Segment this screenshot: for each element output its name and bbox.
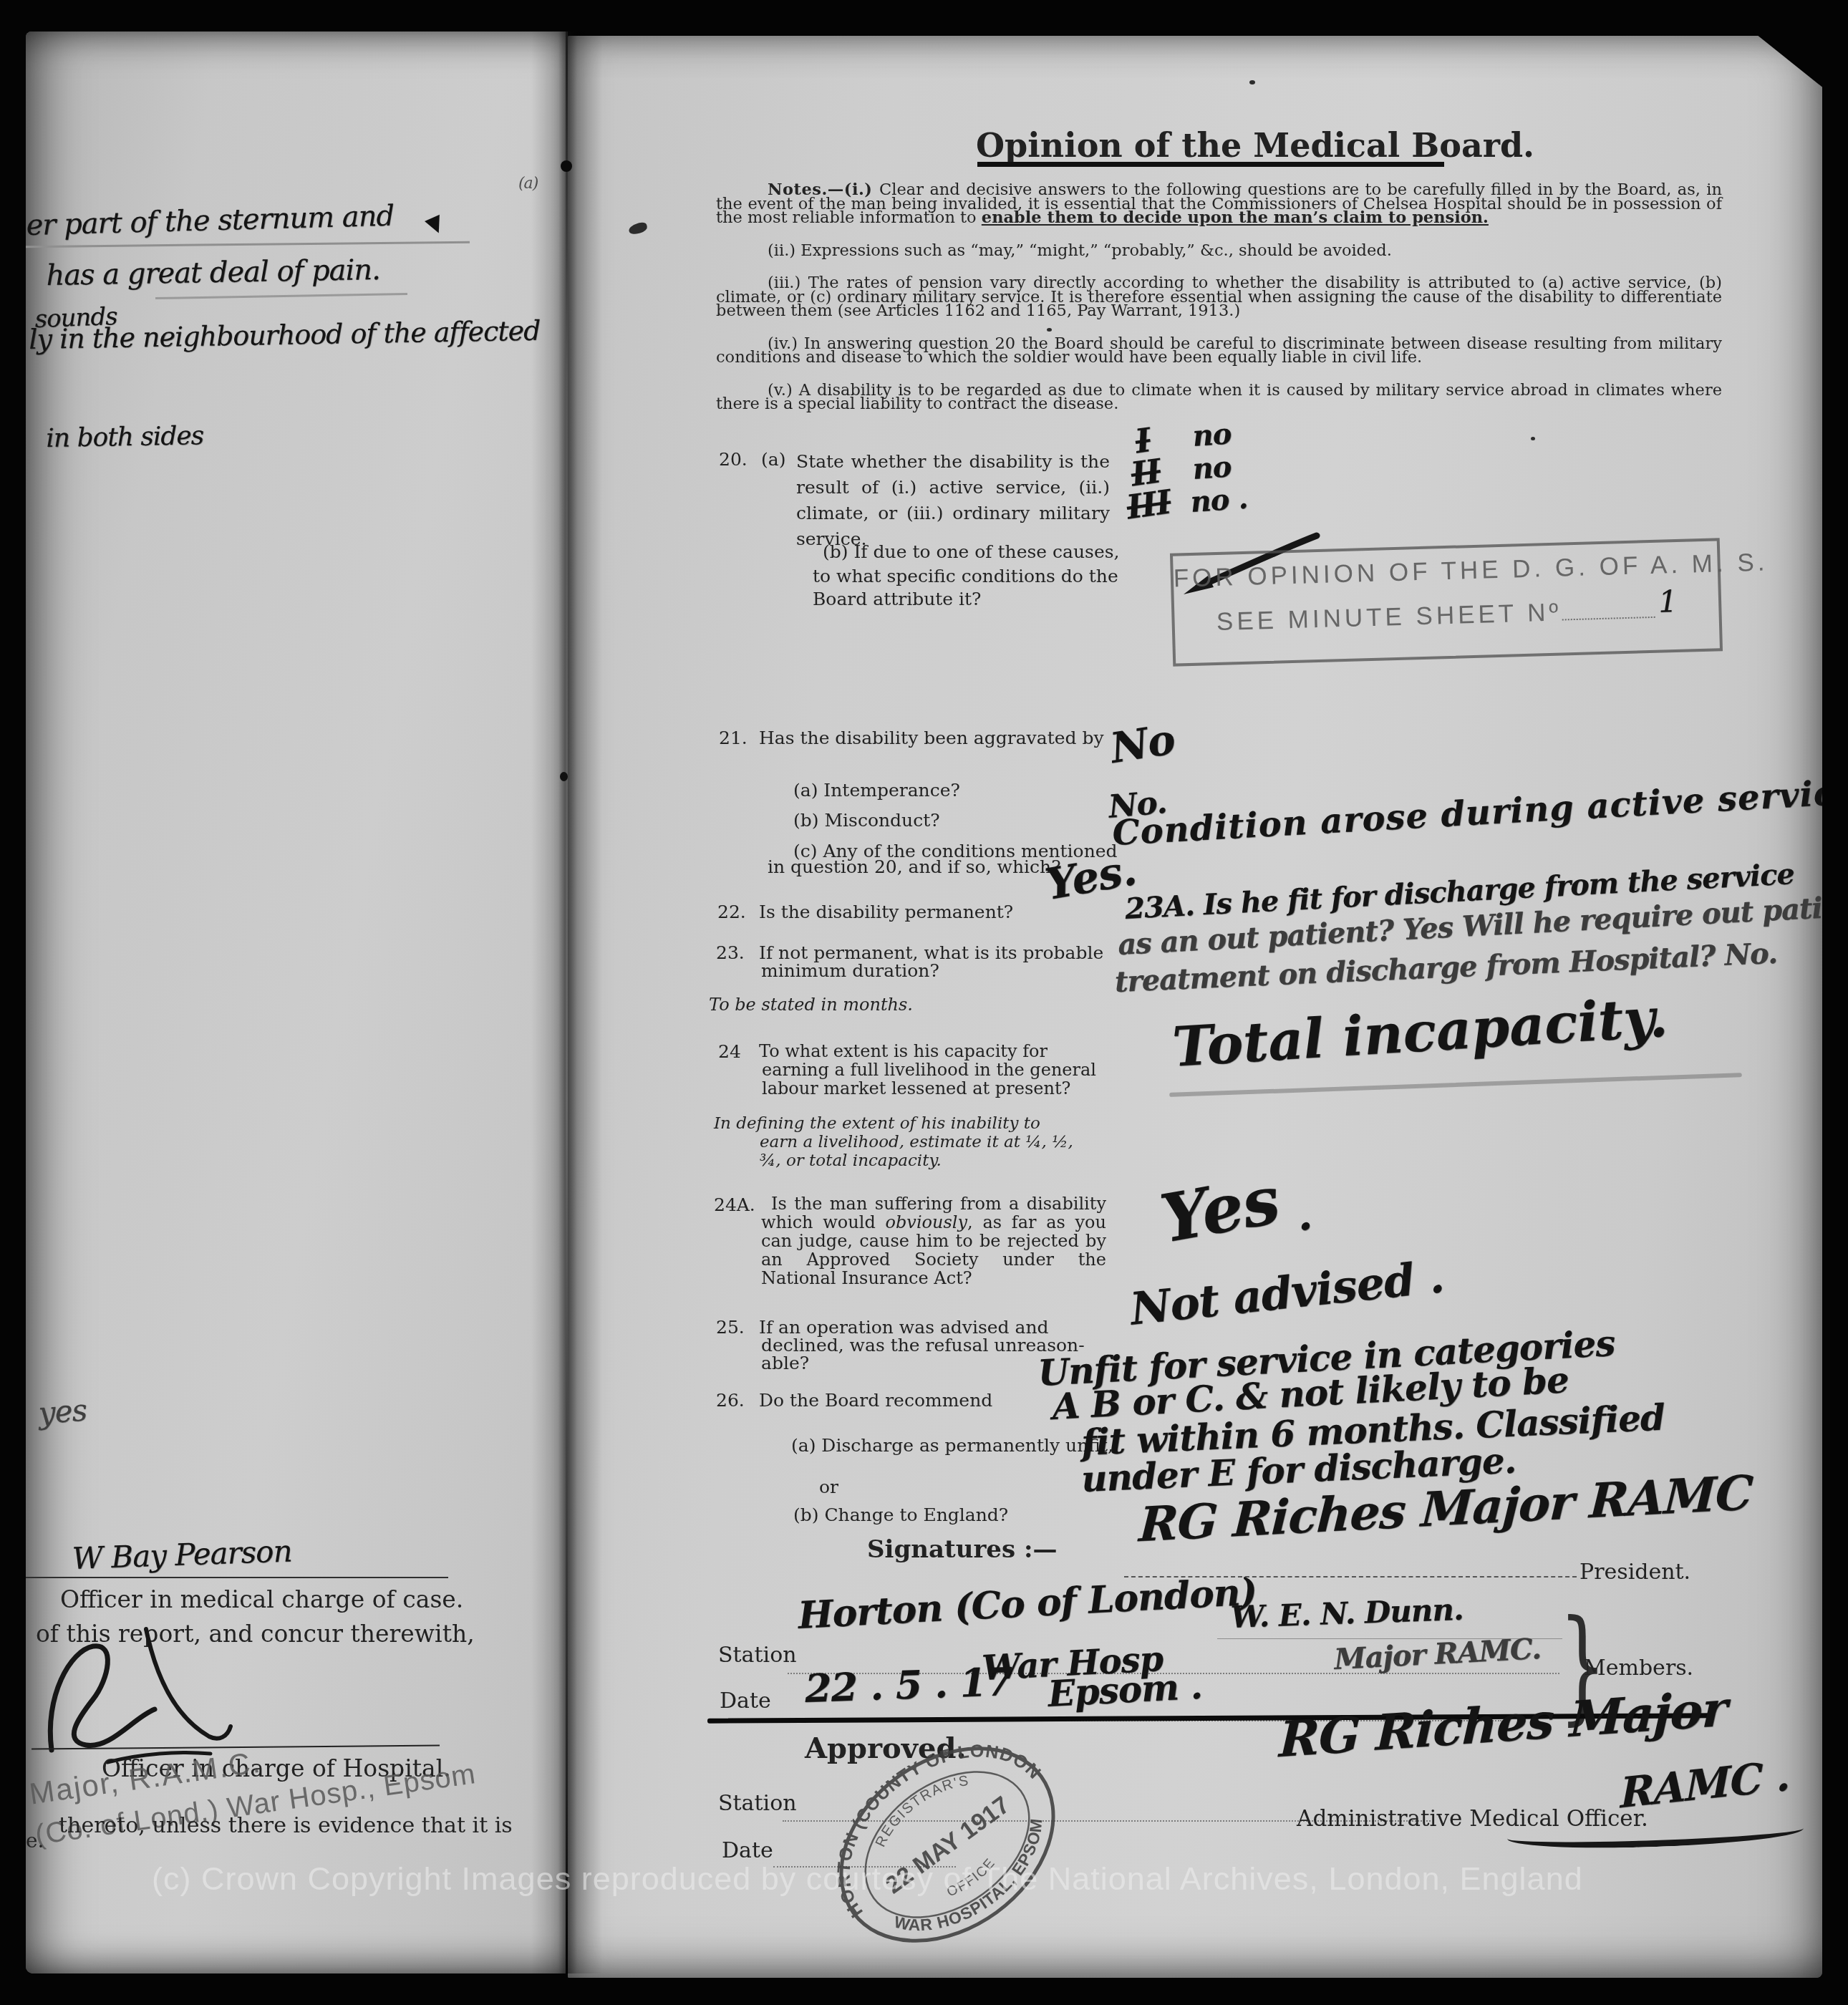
pencil-underline [26,241,470,248]
note-i: Notes.—(i.) Clear and decisive answers t… [716,183,1722,226]
ink-speck [628,221,649,236]
triangle-marker-icon: ▼ [422,210,448,239]
q24a-text-emph: obviously [886,1212,968,1232]
dust-speck [1249,80,1255,84]
q20b-line2: to what specific conditions do the [813,566,1118,586]
q24-note-line3: ¾, or total incapacity. [760,1151,942,1170]
stamp-dotted-leader [1562,617,1655,621]
q21a-text: (a) Intemperance? [793,780,960,801]
pencil-underline [155,293,407,299]
handwritten-note-both-sides: in both sides [46,421,203,453]
date2-label: Date [722,1838,773,1863]
handwritten-yes: yes [37,1392,87,1431]
q24-line2: earning a full livelihood in the general [762,1060,1096,1080]
q24a-answer-period: . [1298,1190,1312,1240]
q20-answer-2: no [1191,450,1232,486]
thereto-text: thereto, unless there is evidence that i… [59,1813,513,1838]
dust-speck [1047,328,1052,332]
q26a-text: (a) Discharge as permanently unfit, [791,1435,1113,1456]
q25-answer: Not advised . [1128,1250,1446,1335]
hospital-officer-signature-flourish [39,1610,253,1768]
q24a-text: Is the man suffering from a disability w… [761,1194,1106,1287]
q26-or: or [819,1477,838,1497]
q25-line3: able? [761,1353,809,1373]
q20a-text: State whether the disability is the resu… [796,449,1110,552]
president-label: President. [1579,1560,1690,1585]
q23-number: 23. [716,942,745,963]
note-ii: (ii.) Expressions such as “may,” “might,… [716,244,1722,259]
handwritten-note-sternum: er part of the sternum and [26,200,395,242]
note-iii: (iii.) The rates of pension vary directl… [716,276,1722,319]
q24a-answer: Yes [1155,1161,1285,1257]
title-underline [977,162,1444,167]
q26b-text: (b) Change to England? [793,1504,1008,1525]
q20-answer-1: no [1191,417,1232,453]
right-page: Opinion of the Medical Board. Notes.—(i.… [568,36,1822,1978]
stamp-handwritten-number: 1 [1658,584,1677,619]
ink-blot [560,772,568,781]
q24a-number: 24A. [714,1194,755,1215]
stamp-line1: FOR OPINION OF THE D. G. OF A. M. S. [1173,549,1718,593]
member-signature-1: W. E. N. Dunn. [1230,1592,1464,1635]
q26-number: 26. [716,1390,745,1411]
q25-number: 25. [716,1317,745,1338]
q24-line1: To what extent is his capacity for [759,1041,1048,1061]
q20b-line1: (b) If due to one of these causes, [823,541,1120,562]
q24-note-line1: In defining the extent of his inability … [714,1114,1040,1133]
q21-number: 21. [719,728,748,748]
page-title: Opinion of the Medical Board. [976,126,1460,165]
q21-text: Has the disability been aggravated by [759,728,1104,748]
station-label: Station [718,1643,797,1668]
torn-corner [1753,32,1824,89]
q22-text: Is the disability permanent? [759,902,1013,922]
q21c-answer: Condition arose during active service [1111,772,1822,854]
q20-number: 20. [719,449,748,470]
case-officer-signature: W Bay Pearson [72,1533,292,1576]
station-value-line1: Horton (Co of London) [797,1570,1258,1637]
note-iv: (iv.) In answering question 20 the Board… [716,337,1722,365]
q24-number: 24 [718,1041,741,1062]
note-i-bold: enable them to decide upon the man’s cla… [982,208,1489,227]
note-v: (v.) A disability is to be regarded as d… [716,384,1722,412]
handwritten-note-pain: has a great deal of pain. [46,253,380,292]
ink-blot [561,160,572,172]
months-note: To be stated in months. [709,995,913,1015]
q25-line2: declined, was the refusal unreason- [761,1335,1085,1356]
q20-answer-numeral-3: III [1124,482,1173,526]
q21b-text: (b) Misconduct? [793,810,940,831]
date-label: Date [720,1688,771,1714]
pencil-corner-note: (a) [518,175,538,193]
pencil-smear-underline [1169,1073,1742,1097]
notes-section: Notes.—(i.) Clear and decisive answers t… [716,183,1722,430]
gutter-crease-line [566,32,568,1973]
q24-answer: Total incapacity. [1171,985,1670,1079]
q20a-label: (a) [761,449,785,470]
q24-line3: labour market lessened at present? [762,1078,1070,1098]
q26-text: Do the Board recommend [759,1390,992,1411]
crown-copyright-watermark: (c) Crown Copyright Images reproduced by… [152,1860,1583,1898]
q21c-line2: in question 20, and if so, which? [768,856,1061,877]
q23-line2: minimum duration? [761,960,939,981]
dust-speck [1531,437,1535,440]
date-place-value: Epsom . [1047,1665,1203,1715]
q22-number: 22. [717,902,746,922]
minute-sheet-stamp: FOR OPINION OF THE D. G. OF A. M. S. SEE… [1170,538,1723,666]
left-page: (a) er part of the sternum and ▼ has a g… [26,32,567,1973]
q20-answer-3: no . [1189,481,1249,518]
officer-case-label: Officer in medical charge of case. [60,1585,463,1613]
scanned-document: (a) er part of the sternum and ▼ has a g… [0,0,1848,2005]
admin-officer-signature: RG Riches Major [1278,1680,1728,1769]
q20b-line3: Board attribute it? [813,589,982,609]
q21a-answer: No [1107,715,1178,773]
cut-off-text: e. [26,1829,44,1852]
signatures-label: Signatures :— [867,1535,1058,1564]
signature-line [26,1577,448,1578]
station2-label: Station [718,1791,797,1816]
members-label: Members. [1584,1656,1693,1681]
q24-note-line2: earn a livelihood, estimate it at ¼, ½, [760,1133,1073,1151]
stamp-line2: SEE MINUTE SHEET Nº [1216,599,1562,636]
